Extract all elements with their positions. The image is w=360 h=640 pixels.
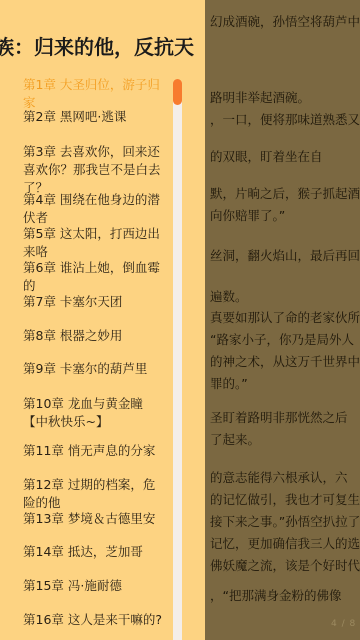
- chapter-drawer: 族：归来的他，反抗天 第1章 大圣归位，游子归家 第2章 黑网吧·逃课 第3章 …: [0, 0, 205, 640]
- chapter-item-7[interactable]: 第7章 卡塞尔天团: [23, 293, 166, 311]
- chapter-item-9[interactable]: 第9章 卡塞尔的葫芦里: [23, 360, 166, 378]
- chapter-item-11[interactable]: 第11章 悄无声息的分家: [23, 442, 166, 460]
- reader-text-line: 了起来。: [210, 432, 260, 448]
- chapter-item-6[interactable]: 第6章 谁沾上她，倒血霉的: [23, 259, 166, 295]
- reader-text-line: “路家小子，你乃是局外人: [210, 332, 354, 348]
- page-indicator: 4 / 8: [331, 619, 356, 629]
- reader-text-line: 的神之术，从这万千世界中寻来: [210, 354, 360, 370]
- reader-text-line: 路明非举起酒碗。: [210, 90, 310, 106]
- reader-text-line: 记忆，更加确信我三人的选择: [210, 536, 360, 552]
- chapter-item-16[interactable]: 第16章 这人是来干嘛的?: [23, 611, 166, 629]
- chapter-item-4[interactable]: 第4章 围绕在他身边的潜伏者: [23, 191, 166, 227]
- reader-text-line: 向你赔罪了。”: [210, 208, 285, 224]
- reader-text-line: 默，片晌之后，猴子抓起酒葫: [210, 186, 360, 202]
- reader-text-line: 真要如那认了命的老家伙所: [210, 310, 360, 326]
- reader-text-line: 遍数。: [210, 289, 248, 305]
- reader-text-line: 的双眼，盯着坐在自: [210, 149, 323, 165]
- chapter-item-3[interactable]: 第3章 去喜欢你，回来还喜欢你？那我岂不是白去了？: [23, 143, 166, 197]
- chapter-item-5[interactable]: 第5章 这太阳，打西边出来咯: [23, 225, 166, 261]
- chapter-item-15[interactable]: 第15章 冯·施耐德: [23, 577, 166, 595]
- reader-text-line: 的意志能得六根承认，六: [210, 470, 348, 486]
- chapter-item-12[interactable]: 第12章 过期的档案，危险的他: [23, 476, 166, 512]
- reader-text-line: ，一口，便将那味道熟悉又陌: [210, 112, 360, 128]
- chapter-item-13[interactable]: 第13章 梦境＆古德里安: [23, 510, 166, 528]
- reader-text-line: 接下来之事。”孙悟空扒拉了两: [210, 514, 360, 530]
- reader-text-line: 罪的。”: [210, 376, 248, 392]
- reader-text-line: 幻成酒碗，孙悟空将葫芦中的酒: [210, 14, 360, 30]
- reader-text-line: 的记忆做引，我也才可复生，原: [210, 492, 360, 508]
- chapter-item-1[interactable]: 第1章 大圣归位，游子归家: [23, 76, 166, 112]
- book-title: 族：归来的他，反抗天: [0, 34, 194, 60]
- chapter-item-2[interactable]: 第2章 黑网吧·逃课: [23, 108, 166, 126]
- reader-text-line: ，“把那满身金粉的佛像: [210, 588, 341, 604]
- chapter-item-14[interactable]: 第14章 抵达，芝加哥: [23, 543, 166, 561]
- chapter-item-8[interactable]: 第8章 根器之妙用: [23, 327, 166, 345]
- reader-text-line: 圣盯着路明非那恍然之后: [210, 410, 348, 426]
- chapter-scrollbar-thumb[interactable]: [173, 79, 182, 105]
- reader-text-line: 丝洞，翻火焰山，最后再回花: [210, 248, 360, 264]
- chapter-item-10[interactable]: 第10章 龙血与黄金瞳【中秋快乐~】: [23, 395, 166, 431]
- chapter-scrollbar-track[interactable]: [173, 80, 182, 640]
- reader-text-line: 佛妖魔之流，该是个好时代啊，: [210, 558, 360, 574]
